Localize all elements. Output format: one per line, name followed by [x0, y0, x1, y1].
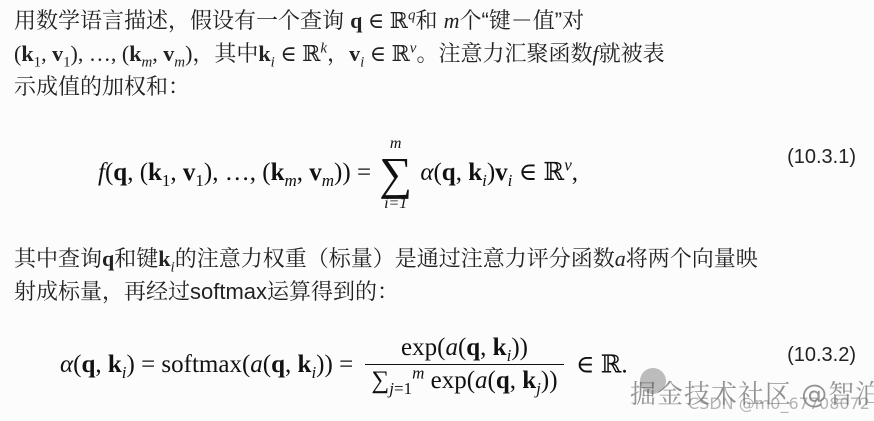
weights-line-2: 射成标量，再经过softmax运算得到的：	[14, 275, 864, 308]
weights-line-1: 其中查询q和键ki的注意力权重（标量）是通过注意力评分函数a将两个向量映	[14, 242, 864, 275]
equation-lhs: f(q, (k1, v1), …, (km, vm)) =	[98, 159, 371, 186]
equation-number-1: (10.3.1)	[787, 146, 856, 169]
equation-number-2: (10.3.2)	[787, 344, 856, 367]
weights-paragraph: 其中查询q和键ki的注意力权重（标量）是通过注意力评分函数a将两个向量映 射成标…	[14, 242, 864, 308]
equation-rhs: α(q, ki)vi ∈ ℝv,	[420, 159, 578, 186]
intro-paragraph: 用数学语言描述，假设有一个查询 q ∈ ℝq和 m个“键－值”对 (k1, v1…	[14, 4, 864, 103]
equation-10-3-2: α(q, ki) = softmax(a(q, ki)) = exp(a(q, …	[60, 334, 628, 395]
equation-10-3-1: f(q, (k1, v1), …, (km, vm)) = m ∑ i=1 α(…	[98, 136, 578, 212]
watermark-csdn: CSDN @m0_67708072	[688, 394, 870, 413]
summation-symbol: m ∑ i=1	[379, 136, 412, 212]
intro-line-2: (k1, v1), …, (km, vm)，其中ki ∈ ℝk，vi ∈ ℝv。…	[14, 37, 864, 70]
key-value-pairs: (k1, v1), …, (km, vm)	[14, 41, 192, 66]
equation-rhs: ∈ ℝ.	[576, 352, 628, 379]
intro-line-3: 示成值的加权和：	[14, 70, 864, 103]
equation-lhs: α(q, ki) = softmax(a(q, ki)) =	[60, 351, 353, 378]
fraction-numerator: exp(a(q, ki))	[365, 334, 563, 365]
query-symbol: q	[350, 8, 362, 33]
intro-line-1: 用数学语言描述，假设有一个查询 q ∈ ℝq和 m个“键－值”对	[14, 4, 864, 37]
fraction-denominator: ∑j=1m exp(a(q, kj))	[365, 365, 563, 395]
softmax-fraction: exp(a(q, ki)) ∑j=1m exp(a(q, kj))	[365, 334, 563, 395]
